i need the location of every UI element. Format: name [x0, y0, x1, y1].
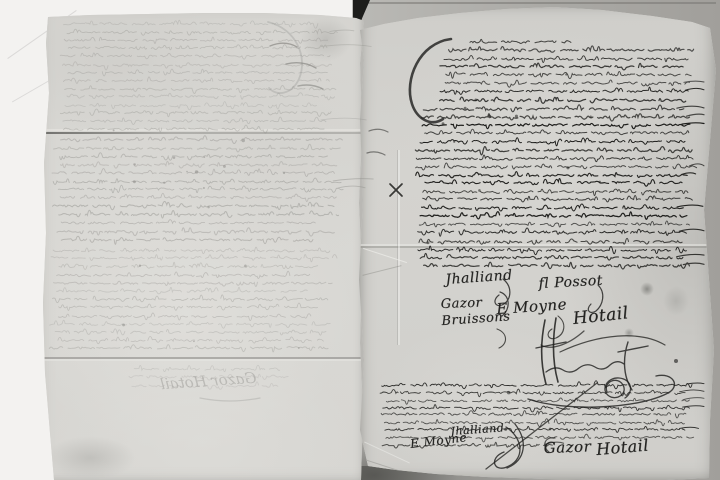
fold-crease-right-page: [358, 246, 710, 248]
corner-fold-crease: [362, 265, 401, 276]
vertical-crease: [397, 150, 399, 345]
paper-stain: [663, 286, 689, 316]
paper-stain: [300, 16, 352, 62]
ink-speck: [674, 359, 678, 363]
ink-stain: [624, 328, 634, 338]
manuscript-photo: Jhalliand fl Possot Gazor E Moyne Bruiss…: [0, 0, 720, 480]
fold-crease-upper: [40, 132, 364, 134]
right-page: [356, 0, 720, 480]
corner-fold-crease: [364, 441, 410, 463]
paper-stain: [44, 436, 136, 480]
ink-stain: [640, 282, 654, 296]
fold-crease-lower: [40, 357, 364, 359]
signature-gazor: Gazor: [440, 296, 482, 312]
under-leaf-edge-line: [358, 2, 716, 4]
signature-fl-possot: fl Possot: [538, 273, 603, 292]
left-page: [38, 3, 366, 480]
fold-crease-right-page-highlight: [358, 244, 710, 246]
vertical-crease-highlight: [398, 150, 400, 345]
signature-gazor-bottom: Gazor: [543, 437, 591, 457]
corner-fold-crease: [363, 248, 407, 263]
fold-crease-upper-highlight: [40, 129, 364, 131]
fold-crease-lower-highlight: [40, 359, 364, 361]
